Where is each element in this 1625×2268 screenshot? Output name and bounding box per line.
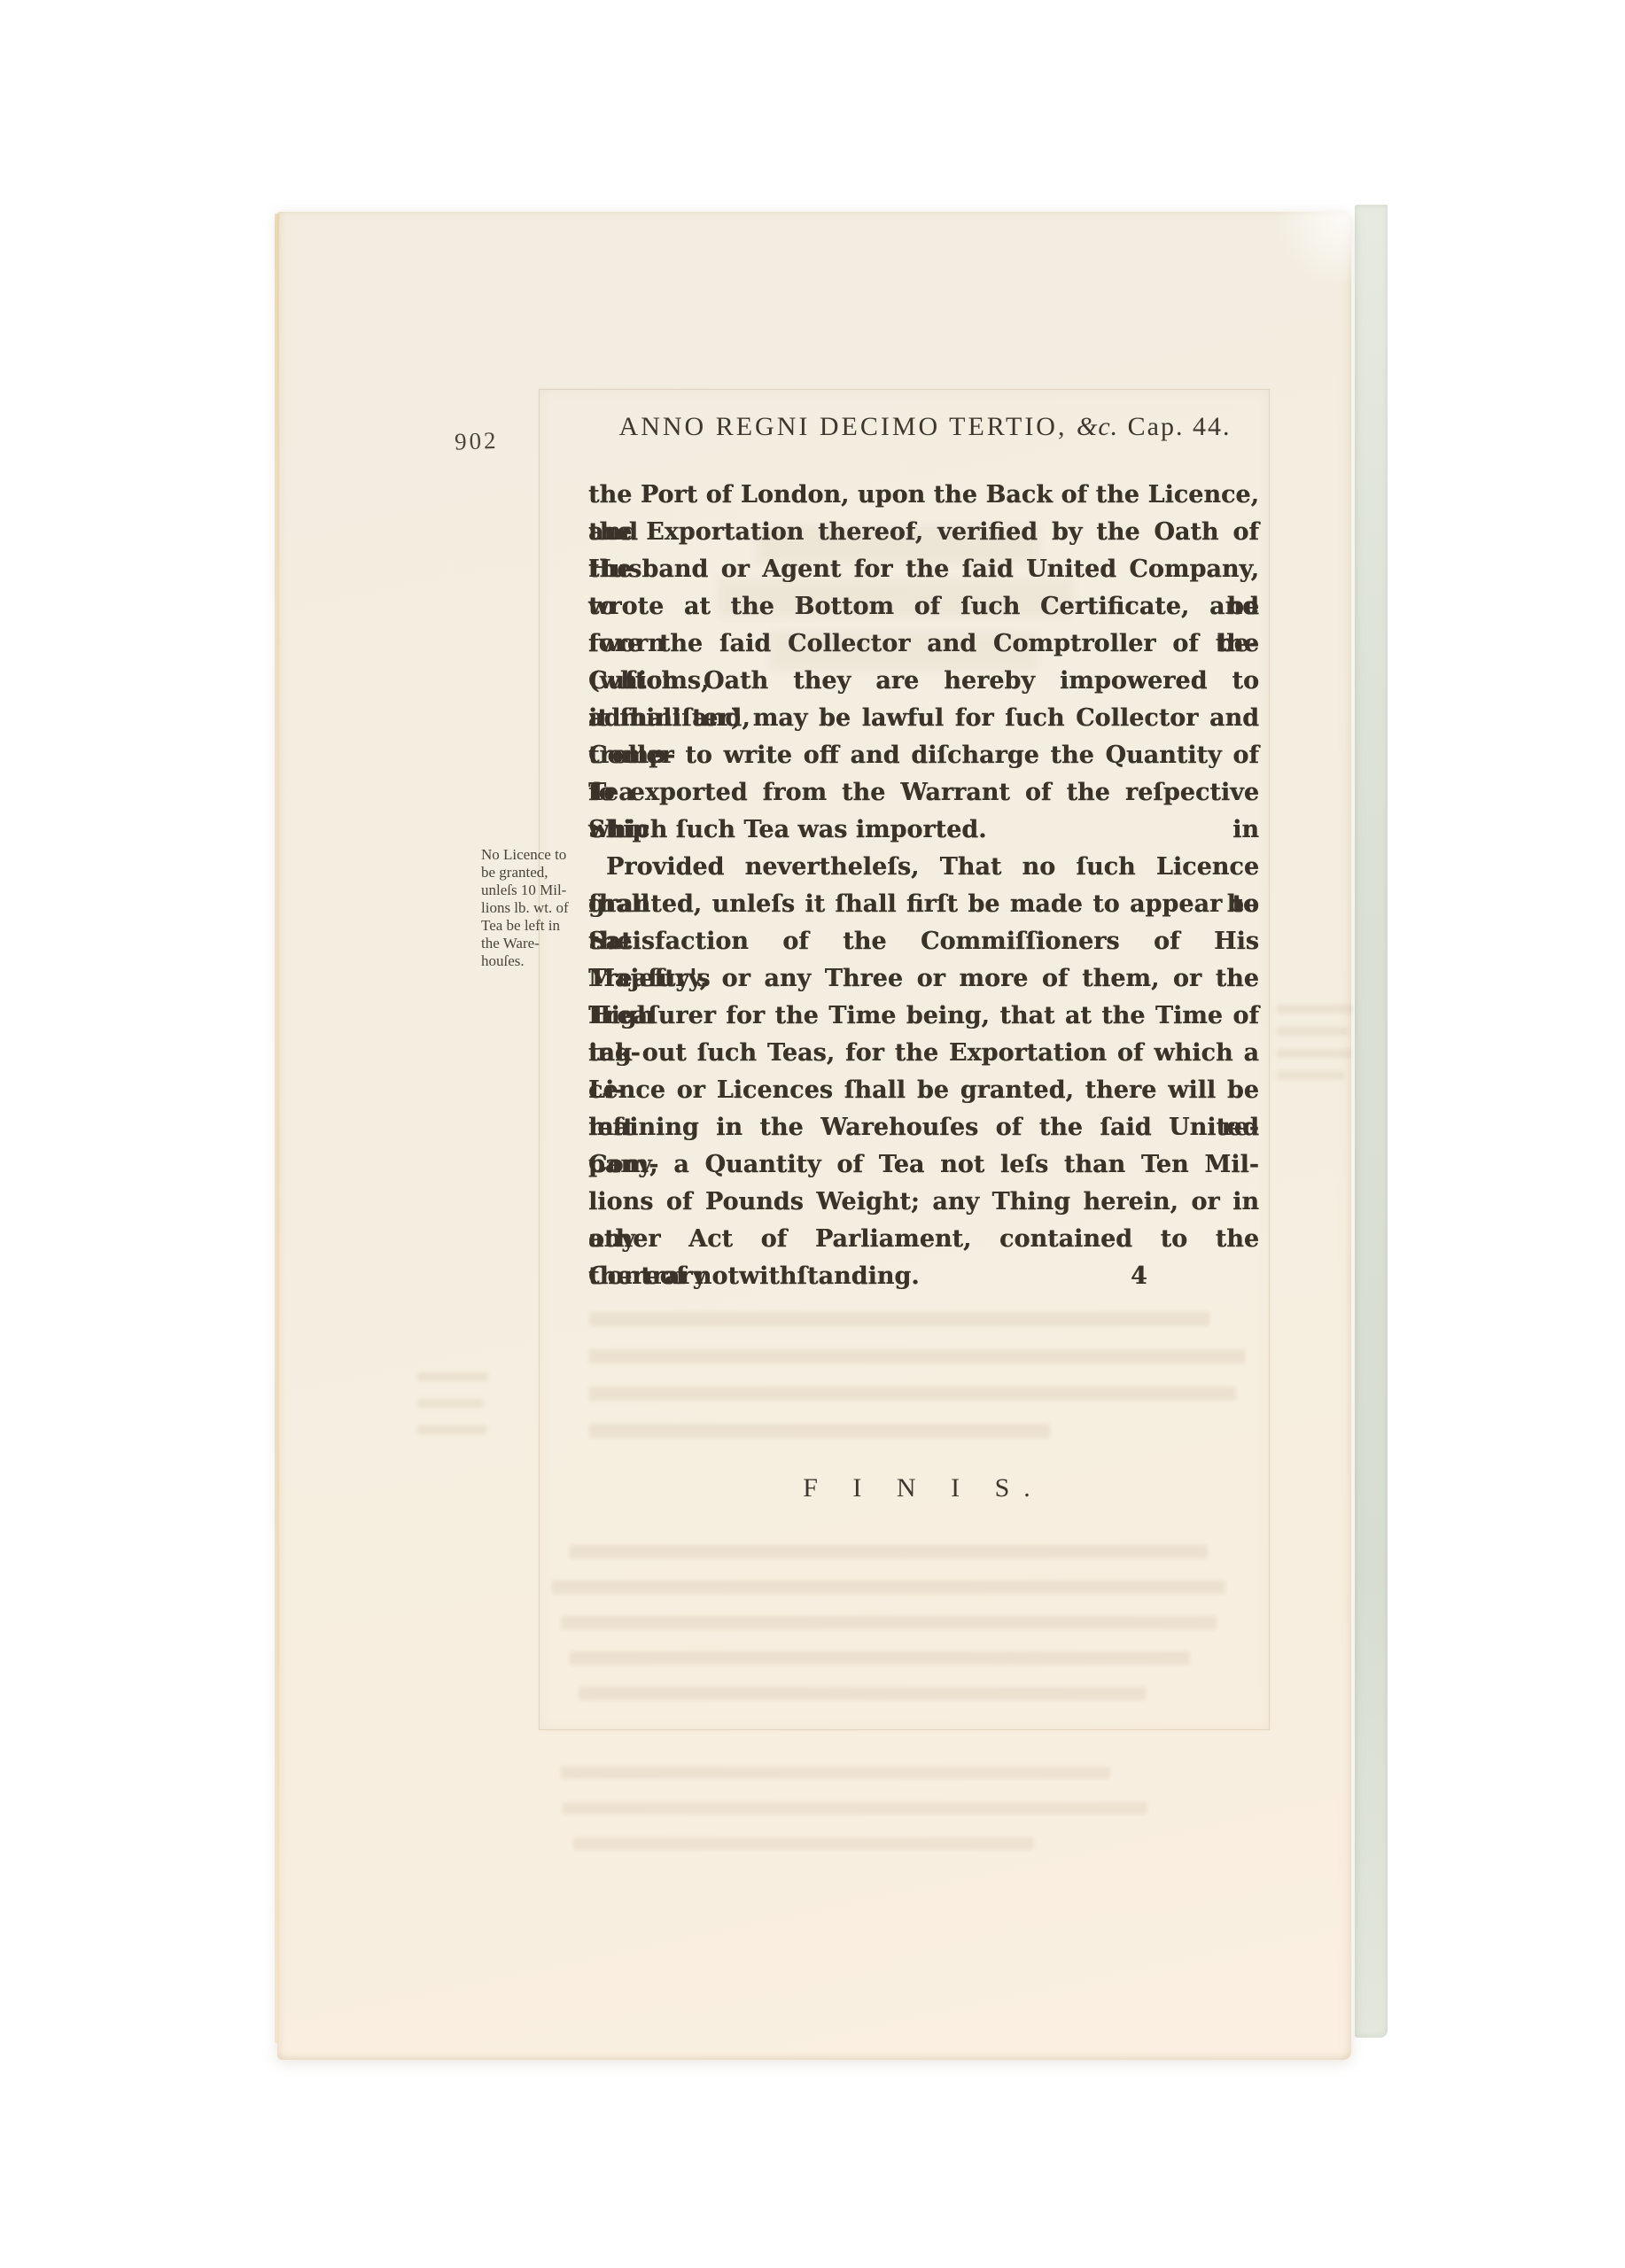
- body-line: fore the ſaid Collector and Comptroller …: [588, 625, 1259, 663]
- body-line: wrote at the Bottom of ſuch Certificate,…: [588, 588, 1259, 625]
- showthrough-line: [589, 1386, 1236, 1401]
- folio-number: 902: [454, 425, 534, 455]
- marginal-note-line: be granted,: [481, 864, 589, 882]
- showthrough-line: [552, 1581, 1225, 1594]
- running-head-chapter: Cap. 44.: [1128, 412, 1232, 441]
- body-line: granted, unleſs it ſhall firſt be made t…: [588, 886, 1259, 923]
- showthrough-marginal: [1277, 1027, 1348, 1036]
- marginal-note-line: houſes.: [481, 952, 589, 970]
- page-corner-curl: [1254, 212, 1351, 283]
- marginal-note-line: Tea be left in: [481, 917, 589, 935]
- body-line: maining in the Warehouſes of the ſaid Un…: [588, 1109, 1259, 1146]
- showthrough-marginal: [417, 1425, 486, 1434]
- body-line: Satisfaction of the Commiſſioners of His…: [588, 923, 1259, 960]
- body-line: lions of Pounds Weight; any Thing herein…: [588, 1184, 1259, 1221]
- showthrough-line: [589, 1424, 1050, 1438]
- marginal-note-line: the Ware-: [481, 935, 589, 952]
- body-line: Husband or Agent for the ſaid United Com…: [588, 551, 1259, 588]
- body-line: Treaſury, or any Three or more of them, …: [588, 960, 1259, 998]
- showthrough-line: [579, 1687, 1146, 1700]
- body-line: the Port of London, upon the Back of the…: [588, 477, 1259, 514]
- body-line: Provided nevertheleſs, That no ſuch Lice…: [588, 849, 1259, 886]
- body-line: pany, a Quantity of Tea not leſs than Te…: [588, 1146, 1259, 1184]
- showthrough-marginal: [1277, 1071, 1344, 1080]
- running-head-title: ANNO REGNI DECIMO TERTIO,: [619, 412, 1068, 441]
- marginal-note-line: unleſs 10 Mil-: [481, 882, 589, 899]
- body-line: other Act of Parliament, contained to th…: [588, 1221, 1259, 1258]
- showthrough-marginal: [1277, 1049, 1351, 1058]
- body-line: it ſhall and may be lawful for ſuch Coll…: [588, 700, 1259, 737]
- running-head-etc: &c.: [1077, 412, 1118, 441]
- page-leaf: 902 ANNO REGNI DECIMO TERTIO, &c. Cap. 4…: [277, 212, 1351, 2060]
- photo-of-book-page: 902 ANNO REGNI DECIMO TERTIO, &c. Cap. 4…: [0, 0, 1625, 2268]
- body-text: the Port of London, upon the Back of the…: [588, 477, 1259, 1295]
- marginal-note: No Licence to be granted, unleſs 10 Mil-…: [481, 846, 589, 970]
- showthrough-line: [561, 1616, 1217, 1629]
- showthrough-marginal: [1277, 1005, 1353, 1014]
- signature-mark: 4: [1131, 1258, 1147, 1295]
- marginal-note-line: No Licence to: [481, 846, 589, 864]
- showthrough-line: [589, 1349, 1245, 1363]
- showthrough-marginal: [417, 1399, 483, 1408]
- body-line: ing out ſuch Teas, for the Exportation o…: [588, 1035, 1259, 1072]
- showthrough-marginal: [417, 1372, 488, 1381]
- running-head: ANNO REGNI DECIMO TERTIO, &c. Cap. 44.: [588, 412, 1262, 442]
- showthrough-line: [589, 1312, 1209, 1326]
- body-line: thereof notwithſtanding. 4: [588, 1258, 1259, 1295]
- binding-board-edge: [1355, 205, 1388, 2038]
- body-line: troller to write off and diſcharge the Q…: [588, 737, 1259, 774]
- showthrough-line: [570, 1545, 1208, 1558]
- body-line-text: thereof notwithſtanding.: [588, 1262, 920, 1290]
- body-line: cence or Licences ſhall be granted, ther…: [588, 1072, 1259, 1109]
- body-line: the Exportation thereof, verified by the…: [588, 514, 1259, 551]
- marginal-note-line: lions lb. wt. of: [481, 899, 589, 917]
- body-line: Treaſurer for the Time being, that at th…: [588, 998, 1259, 1035]
- body-line: (which Oath they are hereby impowered to…: [588, 663, 1259, 700]
- showthrough-line: [573, 1837, 1034, 1850]
- showthrough-line: [561, 1767, 1110, 1779]
- finis-colophon: F I N I S.: [588, 1473, 1259, 1503]
- showthrough-line: [570, 1651, 1190, 1665]
- showthrough-line: [563, 1802, 1147, 1814]
- body-line: ſo exported from the Warrant of the reſp…: [588, 774, 1259, 812]
